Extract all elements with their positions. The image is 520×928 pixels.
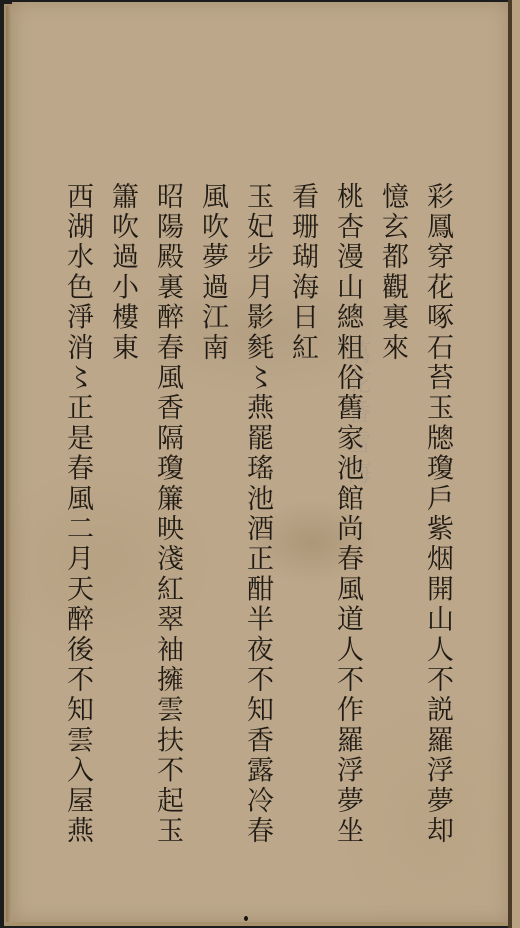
text-column-2: 憶玄都觀裏來 bbox=[370, 182, 415, 842]
text-column-6: 風吹夢過江南 bbox=[190, 182, 235, 842]
facing-page-edge bbox=[512, 0, 520, 928]
vertical-text-block: 彩鳳穿花啄石苔玉牕瓊戶紫烟開山人不説羅浮夢却 憶玄都觀裏來 桃杏漫山總粗俗舊家池… bbox=[55, 182, 460, 842]
text-column-1: 彩鳳穿花啄石苔玉牕瓊戶紫烟開山人不説羅浮夢却 bbox=[415, 182, 460, 842]
text-column-3: 桃杏漫山總粗俗舊家池館尚春風道人不作羅浮夢坐 bbox=[325, 182, 370, 842]
text-column-7: 昭陽殿裏醉春風香隔瓊簾映淺紅翠袖擁雲扶不起玉 bbox=[145, 182, 190, 842]
manuscript-scan: 萬花香雪海 彩鳳穿花啄石苔玉牕瓊戶紫烟開山人不説羅浮夢却 憶玄都觀裏來 桃杏漫山… bbox=[0, 0, 520, 928]
text-column-8: 簫吹過小樓東 bbox=[100, 182, 145, 842]
text-column-9: 西湖水色淨消〻正是春風二月天醉後不知雲入屋燕 bbox=[55, 182, 100, 842]
text-column-4: 看珊瑚海日紅 bbox=[280, 182, 325, 842]
ink-spot bbox=[244, 916, 248, 921]
text-column-5: 玉妃步月影毵〻燕罷瑤池酒正酣半夜不知香露冷春 bbox=[235, 182, 280, 842]
